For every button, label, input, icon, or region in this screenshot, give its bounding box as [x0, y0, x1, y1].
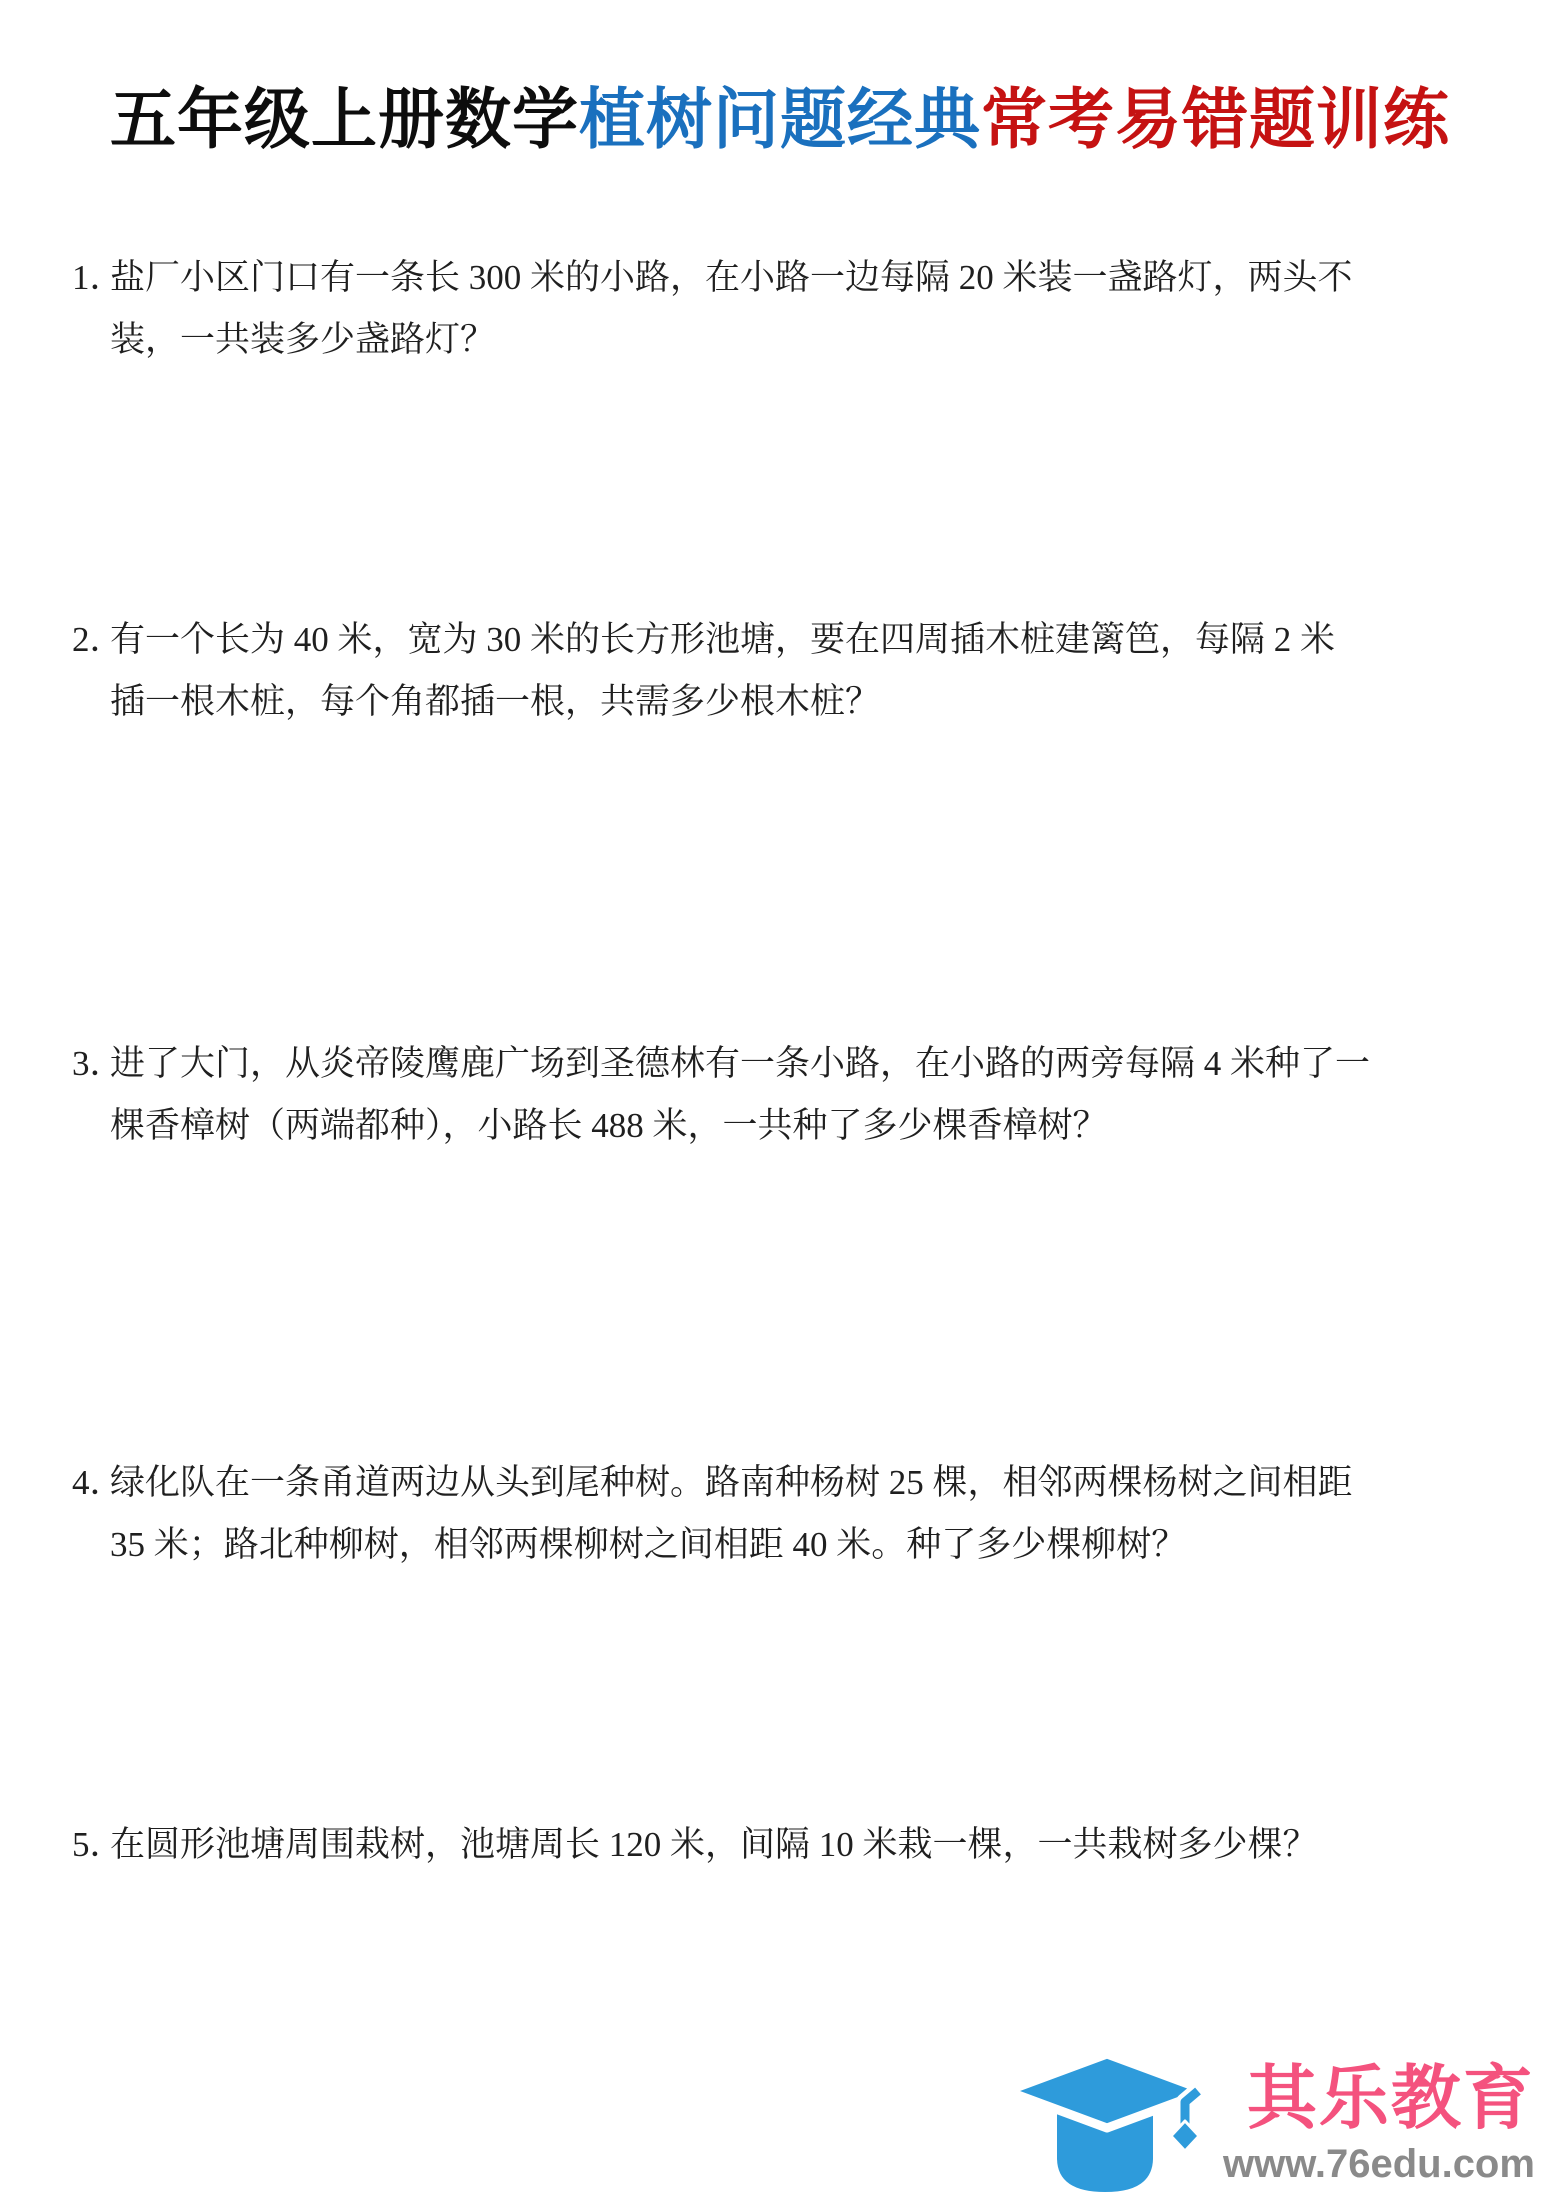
problem-5-text: 在圆形池塘周围栽树，池塘周长 120 米，间隔 10 米栽一棵，一共栽树多少棵？ [110, 1814, 1512, 1876]
problem-1-text: 盐厂小区门口有一条长 300 米的小路，在小路一边每隔 20 米装一盏路灯，两头… [110, 247, 1512, 371]
page-title: 五年级上册数学植树问题经典常考易错题训练 [0, 82, 1560, 156]
problem-3-line-1: 进了大门，从炎帝陵鹰鹿广场到圣德林有一条小路，在小路的两旁每隔 4 米种了一 [110, 1033, 1512, 1095]
brand-name: 其乐教育 [1223, 2058, 1535, 2138]
worksheet-page: 五年级上册数学植树问题经典常考易错题训练 1． 盐厂小区门口有一条长 300 米… [0, 0, 1560, 2206]
problem-5-number: 5． [72, 1814, 110, 1876]
problem-5-line-1: 在圆形池塘周围栽树，池塘周长 120 米，间隔 10 米栽一棵，一共栽树多少棵？ [110, 1814, 1512, 1876]
problem-4-number: 4． [72, 1452, 110, 1514]
problem-2-number: 2． [72, 609, 110, 671]
problem-3-number: 3． [72, 1033, 110, 1095]
footer-logo: 其乐教育 www.76edu.com [995, 2048, 1535, 2202]
problem-4-text: 绿化队在一条甬道两边从头到尾种树。路南种杨树 25 棵，相邻两棵杨树之间相距 3… [110, 1452, 1512, 1576]
problem-2-line-1: 有一个长为 40 米，宽为 30 米的长方形池塘，要在四周插木桩建篱笆，每隔 2… [110, 609, 1512, 671]
problem-1-line-1: 盐厂小区门口有一条长 300 米的小路，在小路一边每隔 20 米装一盏路灯，两头… [110, 247, 1512, 309]
title-part-red: 常考易错题训练 [981, 82, 1450, 156]
title-part-blue: 植树问题经典 [579, 82, 981, 156]
problem-5: 5． 在圆形池塘周围栽树，池塘周长 120 米，间隔 10 米栽一棵，一共栽树多… [72, 1814, 1512, 1876]
problem-1-line-2: 装，一共装多少盏路灯？ [110, 309, 1512, 371]
brand-block: 其乐教育 www.76edu.com [1223, 2048, 1535, 2186]
problem-4-line-2: 35 米；路北种柳树，相邻两棵柳树之间相距 40 米。种了多少棵柳树？ [110, 1514, 1512, 1576]
problem-2-text: 有一个长为 40 米，宽为 30 米的长方形池塘，要在四周插木桩建篱笆，每隔 2… [110, 609, 1512, 733]
problem-1-number: 1． [72, 247, 110, 309]
problem-2-line-2: 插一根木桩，每个角都插一根，共需多少根木桩？ [110, 671, 1512, 733]
problem-3-text: 进了大门，从炎帝陵鹰鹿广场到圣德林有一条小路，在小路的两旁每隔 4 米种了一 棵… [110, 1033, 1512, 1157]
problem-4-line-1: 绿化队在一条甬道两边从头到尾种树。路南种杨树 25 棵，相邻两棵杨树之间相距 [110, 1452, 1512, 1514]
brand-url: www.76edu.com [1223, 2142, 1535, 2186]
problem-2: 2． 有一个长为 40 米，宽为 30 米的长方形池塘，要在四周插木桩建篱笆，每… [72, 609, 1512, 733]
problem-1: 1． 盐厂小区门口有一条长 300 米的小路，在小路一边每隔 20 米装一盏路灯… [72, 247, 1512, 371]
problem-4: 4． 绿化队在一条甬道两边从头到尾种树。路南种杨树 25 棵，相邻两棵杨树之间相… [72, 1452, 1512, 1576]
title-part-black: 五年级上册数学 [110, 82, 579, 156]
graduation-cap-icon [995, 2048, 1215, 2202]
problem-3: 3． 进了大门，从炎帝陵鹰鹿广场到圣德林有一条小路，在小路的两旁每隔 4 米种了… [72, 1033, 1512, 1157]
problem-3-line-2: 棵香樟树（两端都种），小路长 488 米，一共种了多少棵香樟树？ [110, 1095, 1512, 1157]
